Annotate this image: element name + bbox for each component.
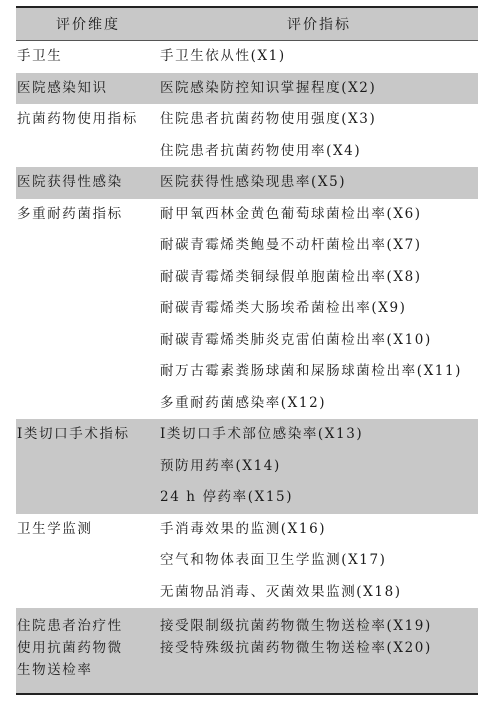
indicator-text: 医院感染防控知识掌握程度(X2): [160, 73, 478, 105]
table-header: 评价维度 评价指标: [16, 8, 478, 41]
indicator-text: Ⅰ类切口手术部位感染率(X13): [160, 419, 478, 451]
indicator-cell: 手卫生依从性(X1): [160, 41, 478, 73]
dimension-cell: 手卫生: [16, 41, 160, 73]
dimension-text: 手卫生: [17, 41, 160, 73]
dimension-text: 住院患者治疗性: [17, 615, 160, 637]
dimension-text: 医院获得性感染: [17, 167, 160, 199]
indicator-cell: 医院感染防控知识掌握程度(X2): [160, 73, 478, 105]
table-row: 卫生学监测 手消毒效果的监测(X16) 空气和物体表面卫生学监测(X17) 无菌…: [16, 514, 478, 609]
table-row: 医院获得性感染 医院获得性感染现患率(X5): [16, 167, 478, 199]
indicator-cell: 接受限制级抗菌药物微生物送检率(X19) 接受特殊级抗菌药物微生物送检率(X20…: [160, 615, 478, 681]
dimension-cell: 抗菌药物使用指标: [16, 104, 160, 167]
indicator-text: 医院获得性感染现患率(X5): [160, 167, 478, 199]
indicator-cell: 住院患者抗菌药物使用强度(X3) 住院患者抗菌药物使用率(X4): [160, 104, 478, 167]
dimension-cell: 医院获得性感染: [16, 167, 160, 199]
dimension-text: 生物送检率: [17, 659, 160, 681]
indicator-cell: 耐甲氧西林金黄色葡萄球菌检出率(X6) 耐碳青霉烯类鲍曼不动杆菌检出率(X7) …: [160, 199, 478, 420]
table-row: 抗菌药物使用指标 住院患者抗菌药物使用强度(X3) 住院患者抗菌药物使用率(X4…: [16, 104, 478, 167]
indicator-text: 接受特殊级抗菌药物微生物送检率(X20): [160, 637, 478, 659]
dimension-text: 医院感染知识: [17, 73, 160, 105]
dimension-text: Ⅰ类切口手术指标: [17, 419, 160, 451]
dimension-cell: 多重耐药菌指标: [16, 199, 160, 420]
indicator-text: 接受限制级抗菌药物微生物送检率(X19): [160, 615, 478, 637]
indicator-text: 多重耐药菌感染率(X12): [160, 388, 478, 420]
dimension-text: 使用抗菌药物微: [17, 637, 160, 659]
dimension-text: 多重耐药菌指标: [17, 199, 160, 231]
table-row: Ⅰ类切口手术指标 Ⅰ类切口手术部位感染率(X13) 预防用药率(X14) 24 …: [16, 419, 478, 514]
table-row: 多重耐药菌指标 耐甲氧西林金黄色葡萄球菌检出率(X6) 耐碳青霉烯类鲍曼不动杆菌…: [16, 199, 478, 420]
table-row: 手卫生 手卫生依从性(X1): [16, 41, 478, 73]
indicator-text: 手卫生依从性(X1): [160, 41, 478, 73]
dimension-cell: Ⅰ类切口手术指标: [16, 419, 160, 514]
indicator-text: 无菌物品消毒、灭菌效果监测(X18): [160, 577, 478, 609]
indicator-cell: Ⅰ类切口手术部位感染率(X13) 预防用药率(X14) 24 h 停药率(X15…: [160, 419, 478, 514]
dimension-text: 卫生学监测: [17, 514, 160, 546]
indicator-cell: 手消毒效果的监测(X16) 空气和物体表面卫生学监测(X17) 无菌物品消毒、灭…: [160, 514, 478, 609]
indicator-text: 24 h 停药率(X15): [160, 482, 478, 514]
indicator-text: 住院患者抗菌药物使用强度(X3): [160, 104, 478, 136]
indicator-cell: 医院获得性感染现患率(X5): [160, 167, 478, 199]
indicator-text: 预防用药率(X14): [160, 451, 478, 483]
dimension-text: 抗菌药物使用指标: [17, 104, 160, 136]
dimension-cell: 医院感染知识: [16, 73, 160, 105]
indicator-text: 耐万古霉素粪肠球菌和屎肠球菌检出率(X11): [160, 356, 478, 388]
indicator-text: 耐碳青霉烯类鲍曼不动杆菌检出率(X7): [160, 230, 478, 262]
dimension-cell: 卫生学监测: [16, 514, 160, 609]
header-dimension: 评价维度: [16, 14, 160, 34]
table-row: 住院患者治疗性 使用抗菌药物微 生物送检率 接受限制级抗菌药物微生物送检率(X1…: [16, 608, 478, 693]
dimension-cell: 住院患者治疗性 使用抗菌药物微 生物送检率: [16, 615, 160, 681]
indicator-text: 耐甲氧西林金黄色葡萄球菌检出率(X6): [160, 199, 478, 231]
table-row: 医院感染知识 医院感染防控知识掌握程度(X2): [16, 73, 478, 105]
bottom-rule: [16, 693, 478, 695]
indicator-text: 耐碳青霉烯类大肠埃希菌检出率(X9): [160, 293, 478, 325]
header-indicator: 评价指标: [160, 14, 478, 34]
indicator-text: 手消毒效果的监测(X16): [160, 514, 478, 546]
indicator-text: 住院患者抗菌药物使用率(X4): [160, 136, 478, 168]
indicator-text: 耐碳青霉烯类肺炎克雷伯菌检出率(X10): [160, 325, 478, 357]
indicator-text: 耐碳青霉烯类铜绿假单胞菌检出率(X8): [160, 262, 478, 294]
evaluation-indicator-table: 评价维度 评价指标 手卫生 手卫生依从性(X1) 医院感染知识 医院感染防控知识…: [16, 6, 478, 695]
indicator-text: 空气和物体表面卫生学监测(X17): [160, 545, 478, 577]
